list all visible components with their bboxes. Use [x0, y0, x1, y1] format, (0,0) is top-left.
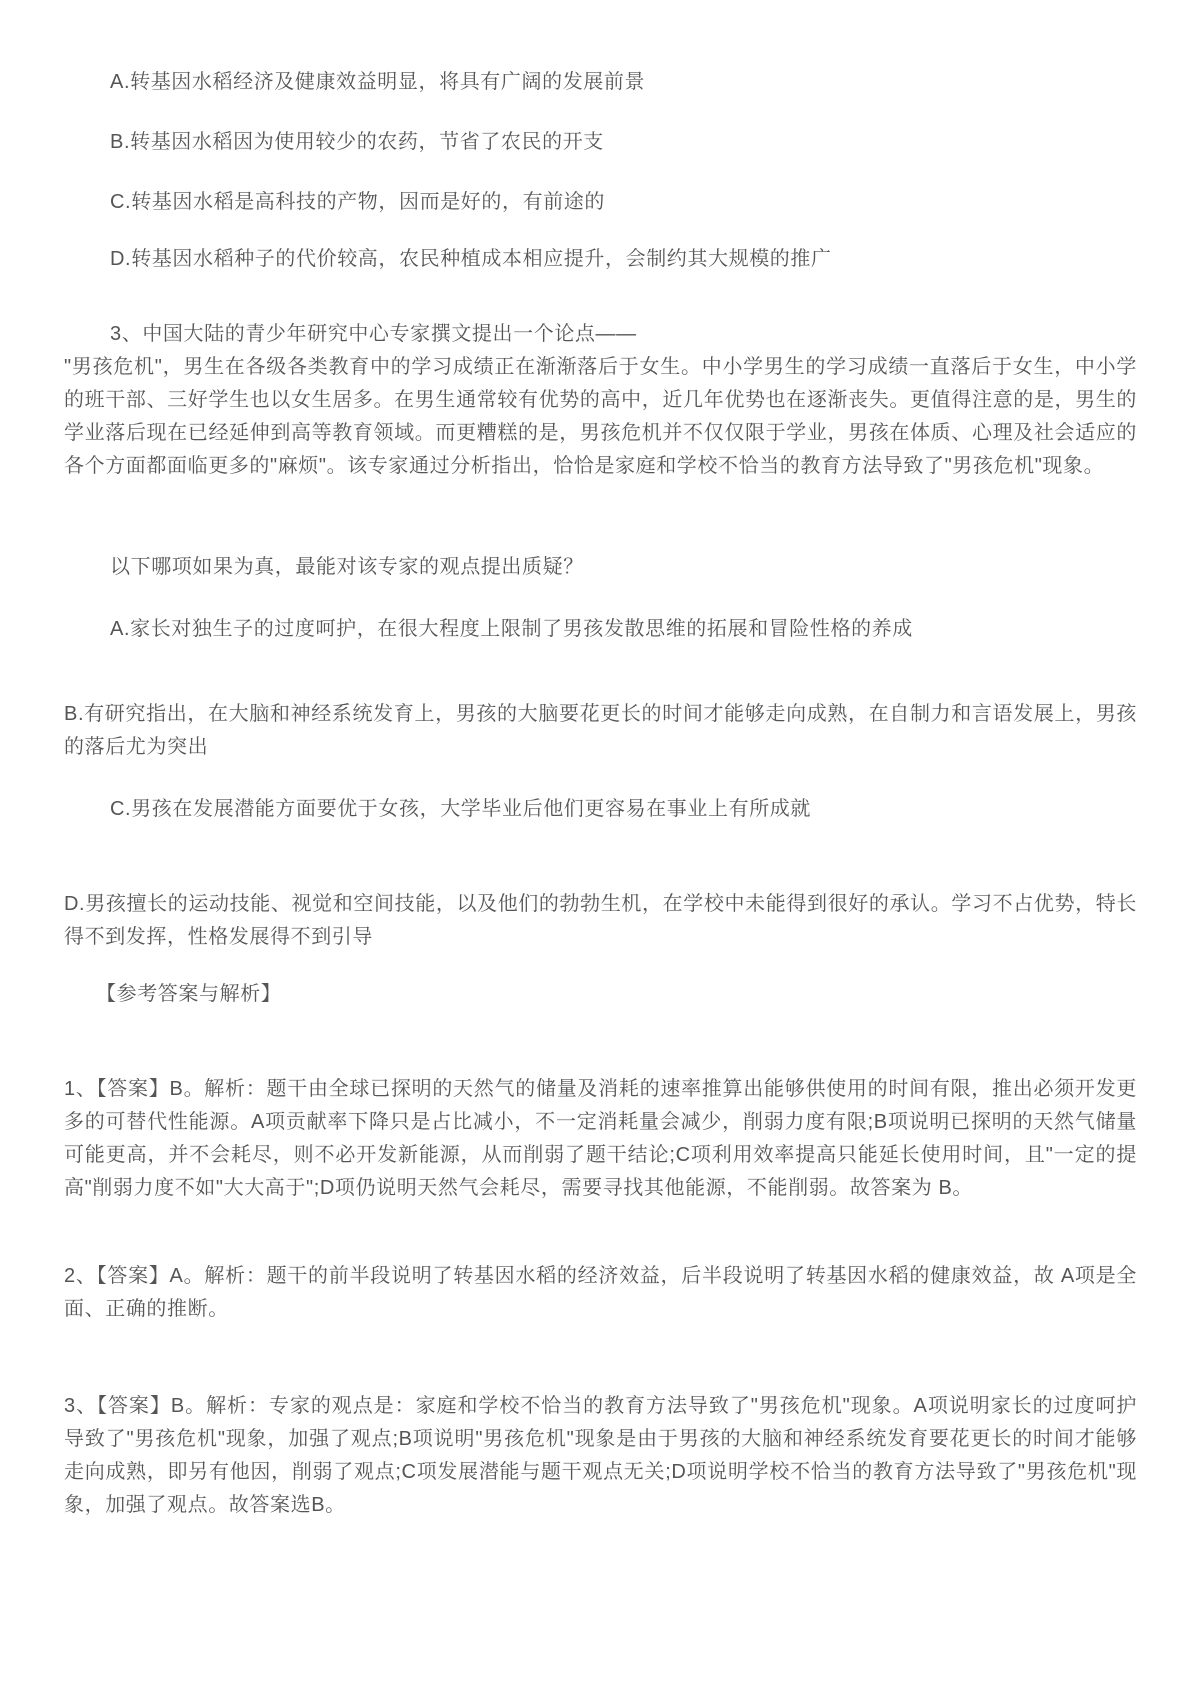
answers-section-header: 【参考答案与解析】 [64, 978, 1137, 1011]
document-page: A.转基因水稻经济及健康效益明显，将具有广阔的发展前景 B.转基因水稻因为使用较… [0, 0, 1199, 1696]
q3-intro-line: 3、中国大陆的青少年研究中心专家撰文提出一个论点—— [64, 318, 1137, 351]
q3-option-b: B.有研究指出，在大脑和神经系统发育上，男孩的大脑要花更长的时间才能够走向成熟，… [64, 698, 1137, 764]
q2-option-c: C.转基因水稻是高科技的产物，因而是好的，有前途的 [64, 186, 1137, 219]
answer-explanation-3: 3、【答案】B。解析：专家的观点是：家庭和学校不恰当的教育方法导致了"男孩危机"… [64, 1390, 1137, 1522]
answer-explanation-1: 1、【答案】B。解析：题干由全球已探明的天然气的储量及消耗的速率推算出能够供使用… [64, 1073, 1137, 1205]
q3-question-line: 以下哪项如果为真，最能对该专家的观点提出质疑？ [64, 551, 1137, 584]
q3-option-a: A.家长对独生子的过度呵护，在很大程度上限制了男孩发散思维的拓展和冒险性格的养成 [64, 613, 1137, 646]
answer-explanation-2: 2、【答案】A。解析：题干的前半段说明了转基因水稻的经济效益，后半段说明了转基因… [64, 1260, 1137, 1326]
q3-option-d: D.男孩擅长的运动技能、视觉和空间技能，以及他们的勃勃生机，在学校中未能得到很好… [64, 888, 1137, 954]
q2-option-a: A.转基因水稻经济及健康效益明显，将具有广阔的发展前景 [64, 66, 1137, 99]
q2-option-b: B.转基因水稻因为使用较少的农药，节省了农民的开支 [64, 126, 1137, 159]
q3-option-c: C.男孩在发展潜能方面要优于女孩，大学毕业后他们更容易在事业上有所成就 [64, 793, 1137, 826]
q2-option-d: D.转基因水稻种子的代价较高，农民种植成本相应提升，会制约其大规模的推广 [64, 243, 1137, 276]
q3-body-paragraph: "男孩危机"，男生在各级各类教育中的学习成绩正在渐渐落后于女生。中小学男生的学习… [64, 351, 1137, 483]
